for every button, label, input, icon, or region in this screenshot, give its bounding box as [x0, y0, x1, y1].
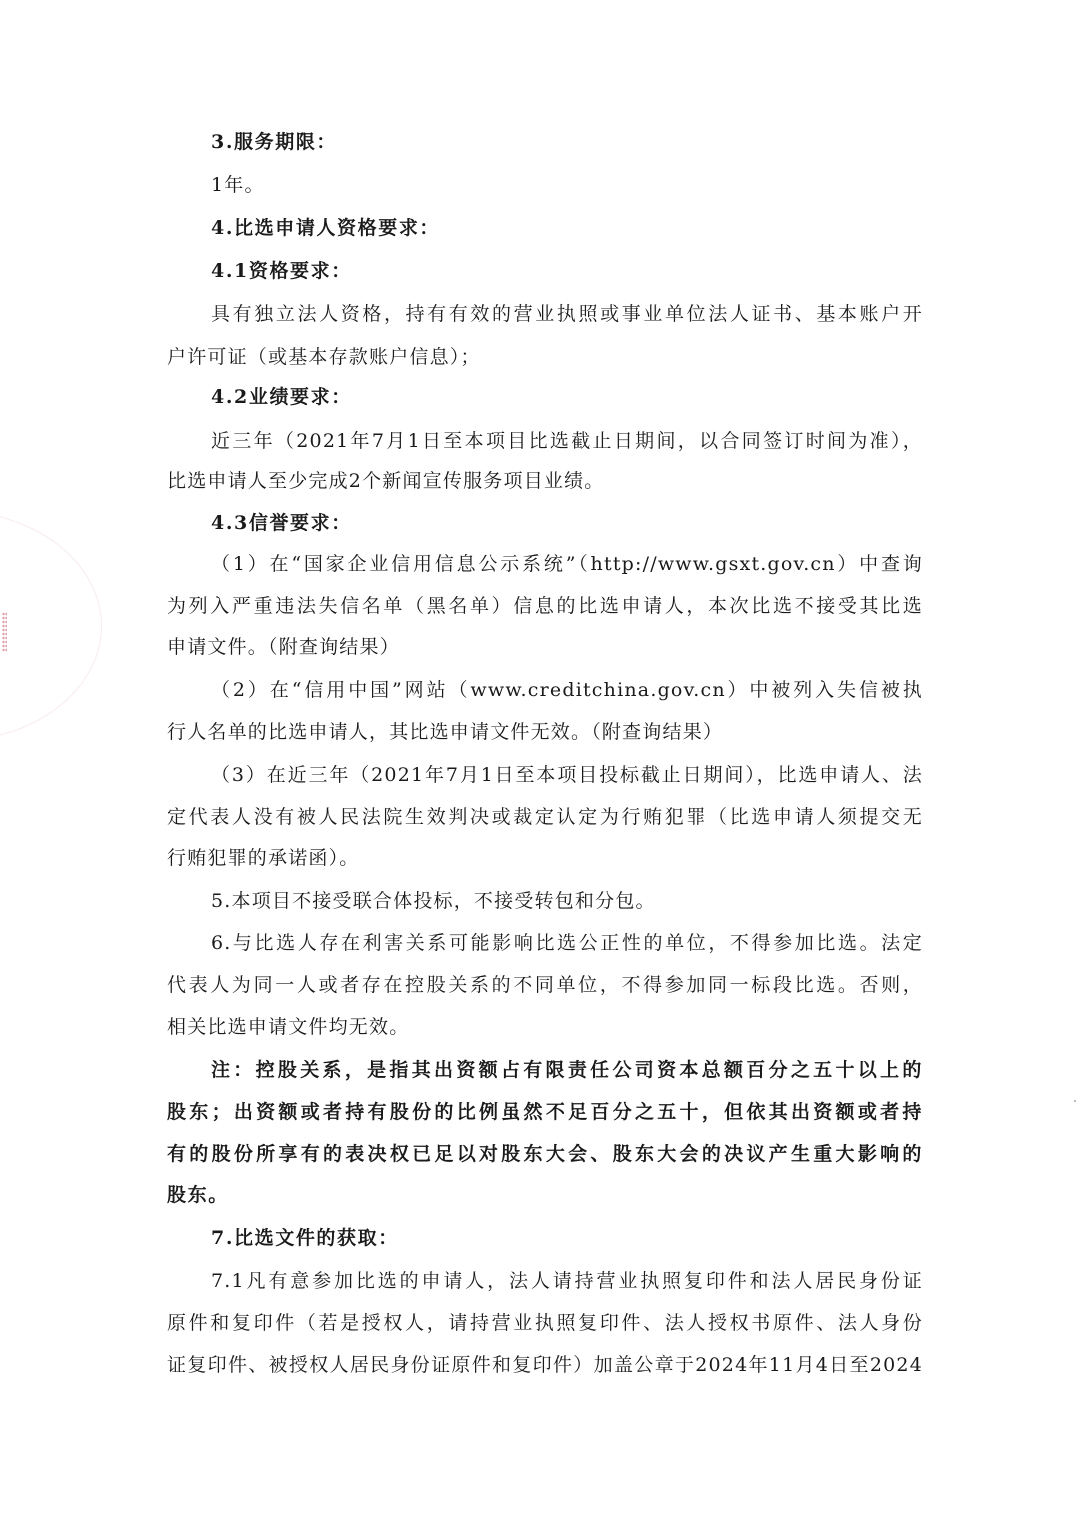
paragraph-line-s41-body-2: 户许可证（或基本存款账户信息）；	[167, 344, 923, 370]
paragraph-line-s5: 5.本项目不接受联合体投标，不接受转包和分包。	[211, 888, 923, 914]
scan-speck	[1074, 1100, 1076, 1102]
paragraph-line-s6-c: 相关比选申请文件均无效。	[167, 1014, 923, 1040]
paragraph-line-s43-2-a: （2）在“信用中国”网站（www.creditchina.gov.cn）中被列入…	[211, 677, 923, 703]
section-heading-s4-heading: 4.比选申请人资格要求：	[211, 215, 923, 241]
section-heading-note-b: 股东；出资额或者持有股份的比例虽然不足百分之五十，但依其出资额或者持	[167, 1099, 923, 1125]
section-heading-s3-heading: 3.服务期限：	[211, 129, 923, 155]
seal-stamp-residue	[2, 612, 7, 652]
section-heading-note-c: 有的股份所享有的表决权已足以对股东大会、股东大会的决议产生重大影响的	[167, 1141, 923, 1167]
seal-stamp-mark	[0, 510, 102, 742]
paragraph-line-s71-b: 原件和复印件（若是授权人，请持营业执照复印件、法人授权书原件、法人身份	[167, 1310, 923, 1336]
paragraph-line-s42-body-2: 比选申请人至少完成2个新闻宣传服务项目业绩。	[167, 468, 923, 494]
document-page: 3.服务期限：1年。4.比选申请人资格要求：4.1资格要求：具有独立法人资格，持…	[0, 0, 1080, 1527]
paragraph-line-s43-1-a: （1）在“国家企业信用信息公示系统”（http://www.gsxt.gov.c…	[211, 551, 923, 577]
paragraph-line-s43-3-a: （3）在近三年（2021年7月1日至本项目投标截止日期间），比选申请人、法	[211, 762, 923, 788]
paragraph-line-s43-1-b: 为列入严重违法失信名单（黑名单）信息的比选申请人，本次比选不接受其比选	[167, 593, 923, 619]
paragraph-line-s6-b: 代表人为同一人或者存在控股关系的不同单位，不得参加同一标段比选。否则，	[167, 972, 923, 998]
paragraph-line-s43-3-c: 行贿犯罪的承诺函）。	[167, 845, 923, 871]
section-heading-s42-heading: 4.2业绩要求：	[211, 384, 923, 410]
paragraph-line-s71-c: 证复印件、被授权人居民身份证原件和复印件）加盖公章于2024年11月4日至202…	[167, 1352, 923, 1378]
section-heading-note-a: 注：控股关系，是指其出资额占有限责任公司资本总额百分之五十以上的	[211, 1057, 923, 1083]
section-heading-s7-heading: 7.比选文件的获取：	[211, 1225, 923, 1251]
paragraph-line-s42-body-1: 近三年（2021年7月1日至本项目比选截止日期间，以合同签订时间为准），	[211, 428, 923, 454]
paragraph-line-s43-3-b: 定代表人没有被人民法院生效判决或裁定认定为行贿犯罪（比选申请人须提交无	[167, 804, 923, 830]
paragraph-line-s3-body: 1年。	[211, 172, 923, 198]
section-heading-s41-heading: 4.1资格要求：	[211, 258, 923, 284]
paragraph-line-s43-1-c: 申请文件。（附查询结果）	[167, 634, 923, 660]
section-heading-note-d: 股东。	[167, 1182, 923, 1208]
paragraph-line-s41-body-1: 具有独立法人资格，持有有效的营业执照或事业单位法人证书、基本账户开	[211, 301, 923, 327]
section-heading-s43-heading: 4.3信誉要求：	[211, 510, 923, 536]
paragraph-line-s43-2-b: 行人名单的比选申请人，其比选申请文件无效。（附查询结果）	[167, 719, 923, 745]
paragraph-line-s6-a: 6.与比选人存在利害关系可能影响比选公正性的单位，不得参加比选。法定	[211, 930, 923, 956]
paragraph-line-s71-a: 7.1凡有意参加比选的申请人，法人请持营业执照复印件和法人居民身份证	[211, 1268, 923, 1294]
